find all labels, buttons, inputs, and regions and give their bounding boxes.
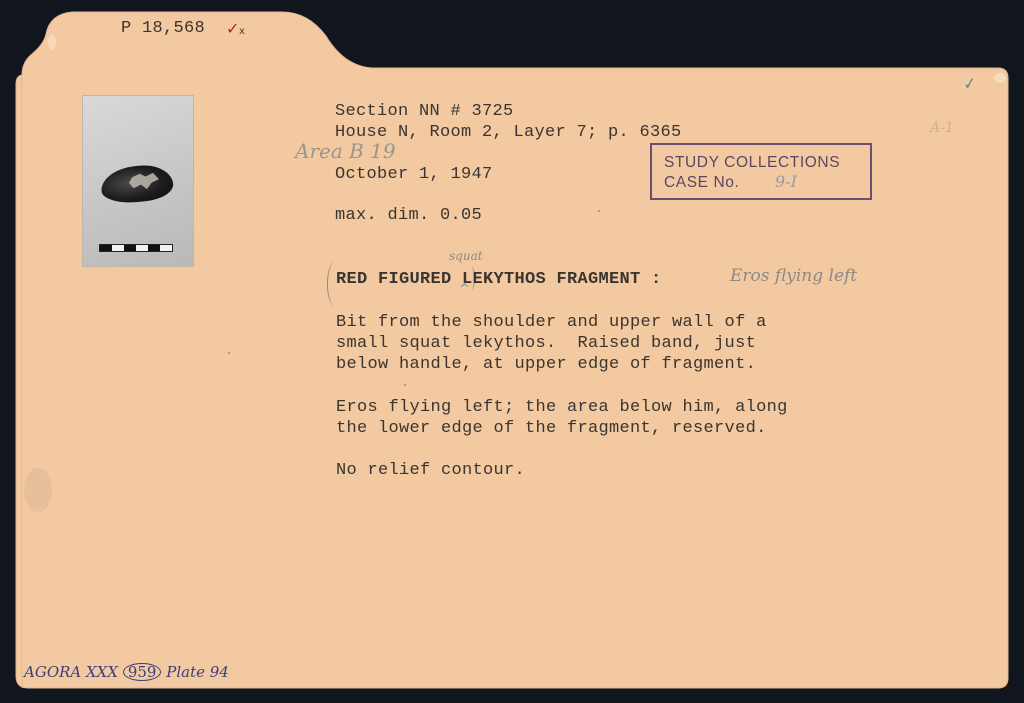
section-number: Section NN # 3725 bbox=[335, 101, 514, 122]
paper-speck bbox=[228, 352, 230, 354]
area-note: Area B 19 bbox=[295, 139, 396, 163]
corner-pencil-note: A-1 bbox=[930, 120, 954, 136]
red-check-icon: ✓ bbox=[226, 19, 239, 38]
find-date: October 1, 1947 bbox=[335, 164, 493, 185]
paper-speck bbox=[598, 210, 600, 212]
insert-word-squat: squat bbox=[449, 249, 483, 263]
stamp-line-1: STUDY COLLECTIONS bbox=[664, 154, 840, 172]
stamp-line-2: CASE No. bbox=[664, 174, 739, 192]
publication-reference: AGORA XXX 959 Plate 94 bbox=[24, 663, 229, 681]
scale-bar bbox=[99, 244, 173, 252]
catalog-number: 959 bbox=[123, 663, 162, 681]
description-line: below handle, at upper edge of fragment. bbox=[336, 354, 756, 375]
description-line: Eros flying left; the area below him, al… bbox=[336, 397, 788, 418]
description-line: Bit from the shoulder and upper wall of … bbox=[336, 312, 767, 333]
description-line: the lower edge of the fragment, reserved… bbox=[336, 418, 767, 439]
green-check-icon: ✓ bbox=[962, 73, 978, 94]
object-title: RED FIGURED LEKYTHOS FRAGMENT : bbox=[336, 269, 662, 290]
max-dimension: max. dim. 0.05 bbox=[335, 205, 482, 226]
study-collections-stamp: STUDY COLLECTIONS CASE No. 9-I bbox=[650, 143, 872, 200]
x-mark-icon: x bbox=[239, 26, 245, 37]
description-line: No relief contour. bbox=[336, 460, 525, 481]
inventory-number: P 18,568 bbox=[121, 18, 205, 39]
case-number: 9-I bbox=[775, 172, 797, 191]
paper-speck bbox=[404, 384, 406, 386]
plate-number: Plate 94 bbox=[166, 663, 229, 681]
description-line: small squat lekythos. Raised band, just bbox=[336, 333, 756, 354]
artifact-photo bbox=[83, 96, 193, 266]
publication-name: AGORA XXX bbox=[24, 663, 118, 681]
title-pencil-note: Eros flying left bbox=[730, 266, 857, 286]
